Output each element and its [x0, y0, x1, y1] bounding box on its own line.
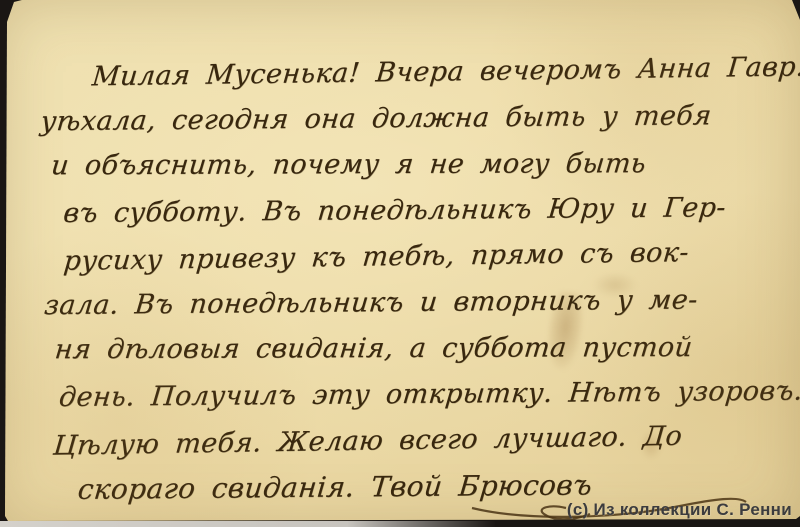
collection-caption: (с) Из коллекции С. Ренни — [567, 500, 792, 520]
scanner-edge-strip — [0, 521, 496, 527]
handwriting-line: и объяснить, почему я не могу быть — [39, 141, 775, 190]
handwriting-line: русиху привезу къ тебѣ, прямо съ вок- — [40, 229, 777, 285]
handwriting-line: въ субботу. Въ понедѣльникъ Юру и Гер- — [39, 185, 775, 237]
scanned-postcard-image: Милая Мусенька! Вчера вечеромъ Анна Гавр… — [0, 0, 800, 527]
handwriting-line: Милая Мусенька! Вчера вечеромъ Анна Гавр… — [38, 45, 775, 101]
postcard-paper: Милая Мусенька! Вчера вечеромъ Анна Гавр… — [0, 0, 800, 527]
handwriting-line: уѣхала, сегодня она должна быть у тебя — [38, 93, 774, 145]
handwriting-line: зала. Въ понедѣльникъ и вторникъ у ме- — [40, 277, 776, 329]
handwriting-line: ня дѣловыя свиданія, а суббота пустой — [40, 325, 776, 374]
handwritten-letter-text: Милая Мусенька! Вчера вечеромъ Анна Гавр… — [40, 47, 776, 513]
